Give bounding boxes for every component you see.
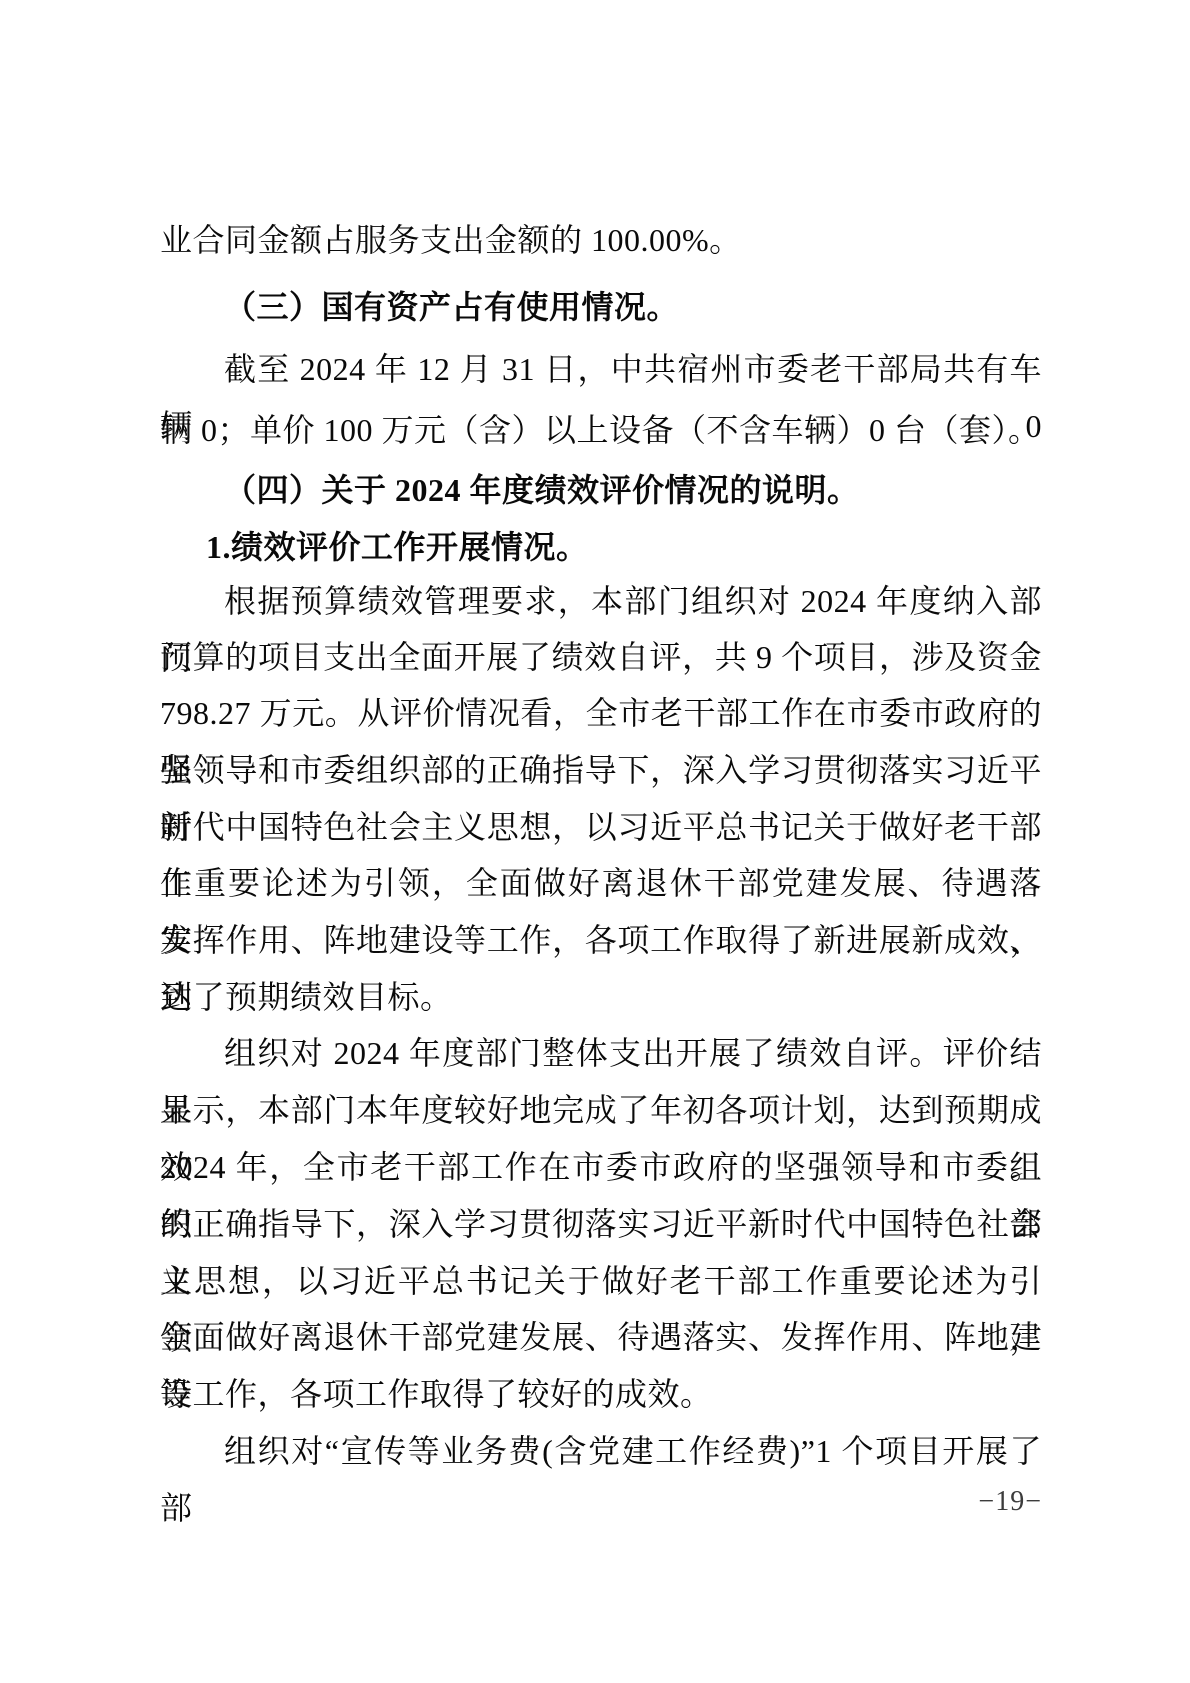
- body-line: 根据预算绩效管理要求，本部门组织对 2024 年度纳入部门: [160, 573, 1042, 630]
- body-line: 显示，本部门本年度较好地完成了年初各项计划，达到预期成效。: [160, 1082, 1042, 1139]
- subsection-heading: 1.绩效评价工作开展情况。: [160, 519, 1042, 576]
- body-line: 发挥作用、阵地建设等工作，各项工作取得了新进展新成效，达: [160, 912, 1042, 969]
- body-line: 时代中国特色社会主义思想，以习近平总书记关于做好老干部工: [160, 799, 1042, 856]
- body-line: 798.27 万元。从评价情况看，全市老干部工作在市委市政府的坚: [160, 685, 1042, 742]
- body-line: 截至 2024 年 12 月 31 日，中共宿州市委老干部局共有车辆 0: [160, 341, 1042, 398]
- section-heading-four: （四）关于 2024 年度绩效评价情况的说明。: [160, 462, 1042, 519]
- body-line: 强领导和市委组织部的正确指导下，深入学习贯彻落实习近平新: [160, 742, 1042, 799]
- body-line: 全面做好离退休干部党建发展、待遇落实、发挥作用、阵地建设: [160, 1309, 1042, 1366]
- body-line: 的正确指导下，深入学习贯彻落实习近平新时代中国特色社会主: [160, 1196, 1042, 1253]
- body-line: 业合同金额占服务支出金额的 100.00%。: [160, 212, 1042, 269]
- body-line: 预算的项目支出全面开展了绩效自评，共 9 个项目，涉及资金: [160, 629, 1042, 686]
- body-line: 义思想，以习近平总书记关于做好老干部工作重要论述为引领，: [160, 1253, 1042, 1310]
- body-line: 组织对 2024 年度部门整体支出开展了绩效自评。评价结果: [160, 1025, 1042, 1082]
- page-number: −19−: [160, 1482, 1042, 1522]
- body-line: 组织对“宣传等业务费(含党建工作经费)”1 个项目开展了部: [160, 1423, 1042, 1480]
- body-line: 等工作，各项工作取得了较好的成效。: [160, 1366, 1042, 1423]
- body-line: 作重要论述为引领，全面做好离退休干部党建发展、待遇落实、: [160, 855, 1042, 912]
- body-line: 2024 年，全市老干部工作在市委市政府的坚强领导和市委组织部: [160, 1139, 1042, 1196]
- section-heading-three: （三）国有资产占有使用情况。: [160, 279, 1042, 336]
- body-line: 到了预期绩效目标。: [160, 969, 1042, 1026]
- document-page: 业合同金额占服务支出金额的 100.00%。 （三）国有资产占有使用情况。 截至…: [0, 0, 1190, 1683]
- body-line: 辆 0；单价 100 万元（含）以上设备（不含车辆）0 台（套）。: [160, 402, 1042, 459]
